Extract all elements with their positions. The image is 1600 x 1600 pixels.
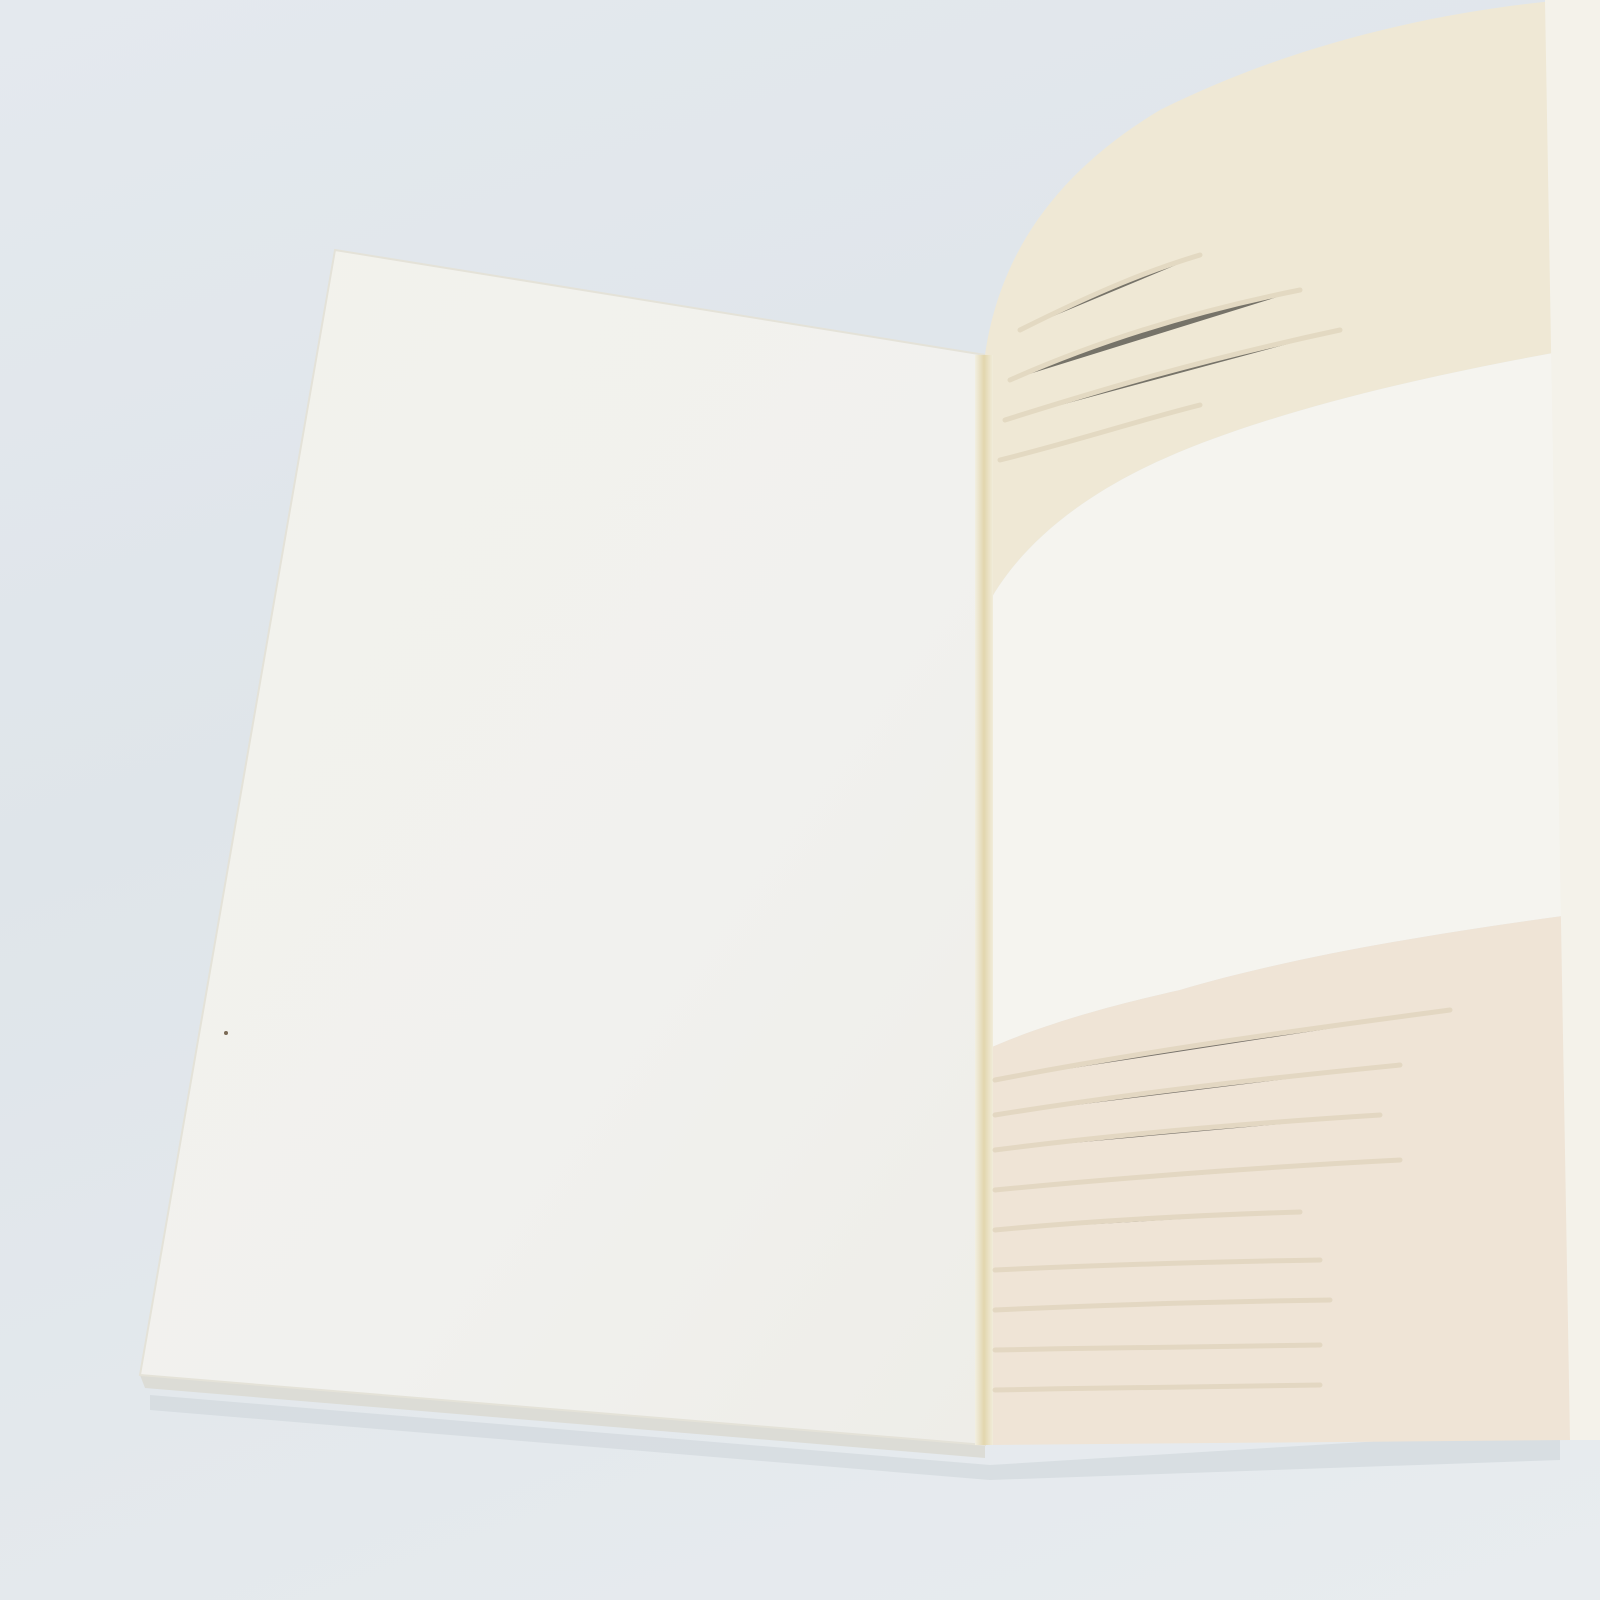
open-book-illustration bbox=[0, 0, 1600, 1600]
book-photo bbox=[0, 0, 1600, 1600]
left-page bbox=[140, 250, 985, 1445]
